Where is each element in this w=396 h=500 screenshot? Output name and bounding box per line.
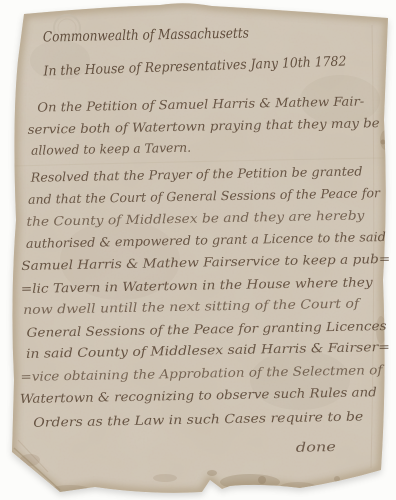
- photo-background: Commonwealth of Massachusetts In the Hou…: [0, 0, 396, 500]
- manuscript-closing-word: done: [296, 440, 337, 456]
- manuscript-photo: Commonwealth of Massachusetts In the Hou…: [0, 0, 396, 500]
- manuscript-line: allowed to keep a Tavern.: [31, 140, 191, 158]
